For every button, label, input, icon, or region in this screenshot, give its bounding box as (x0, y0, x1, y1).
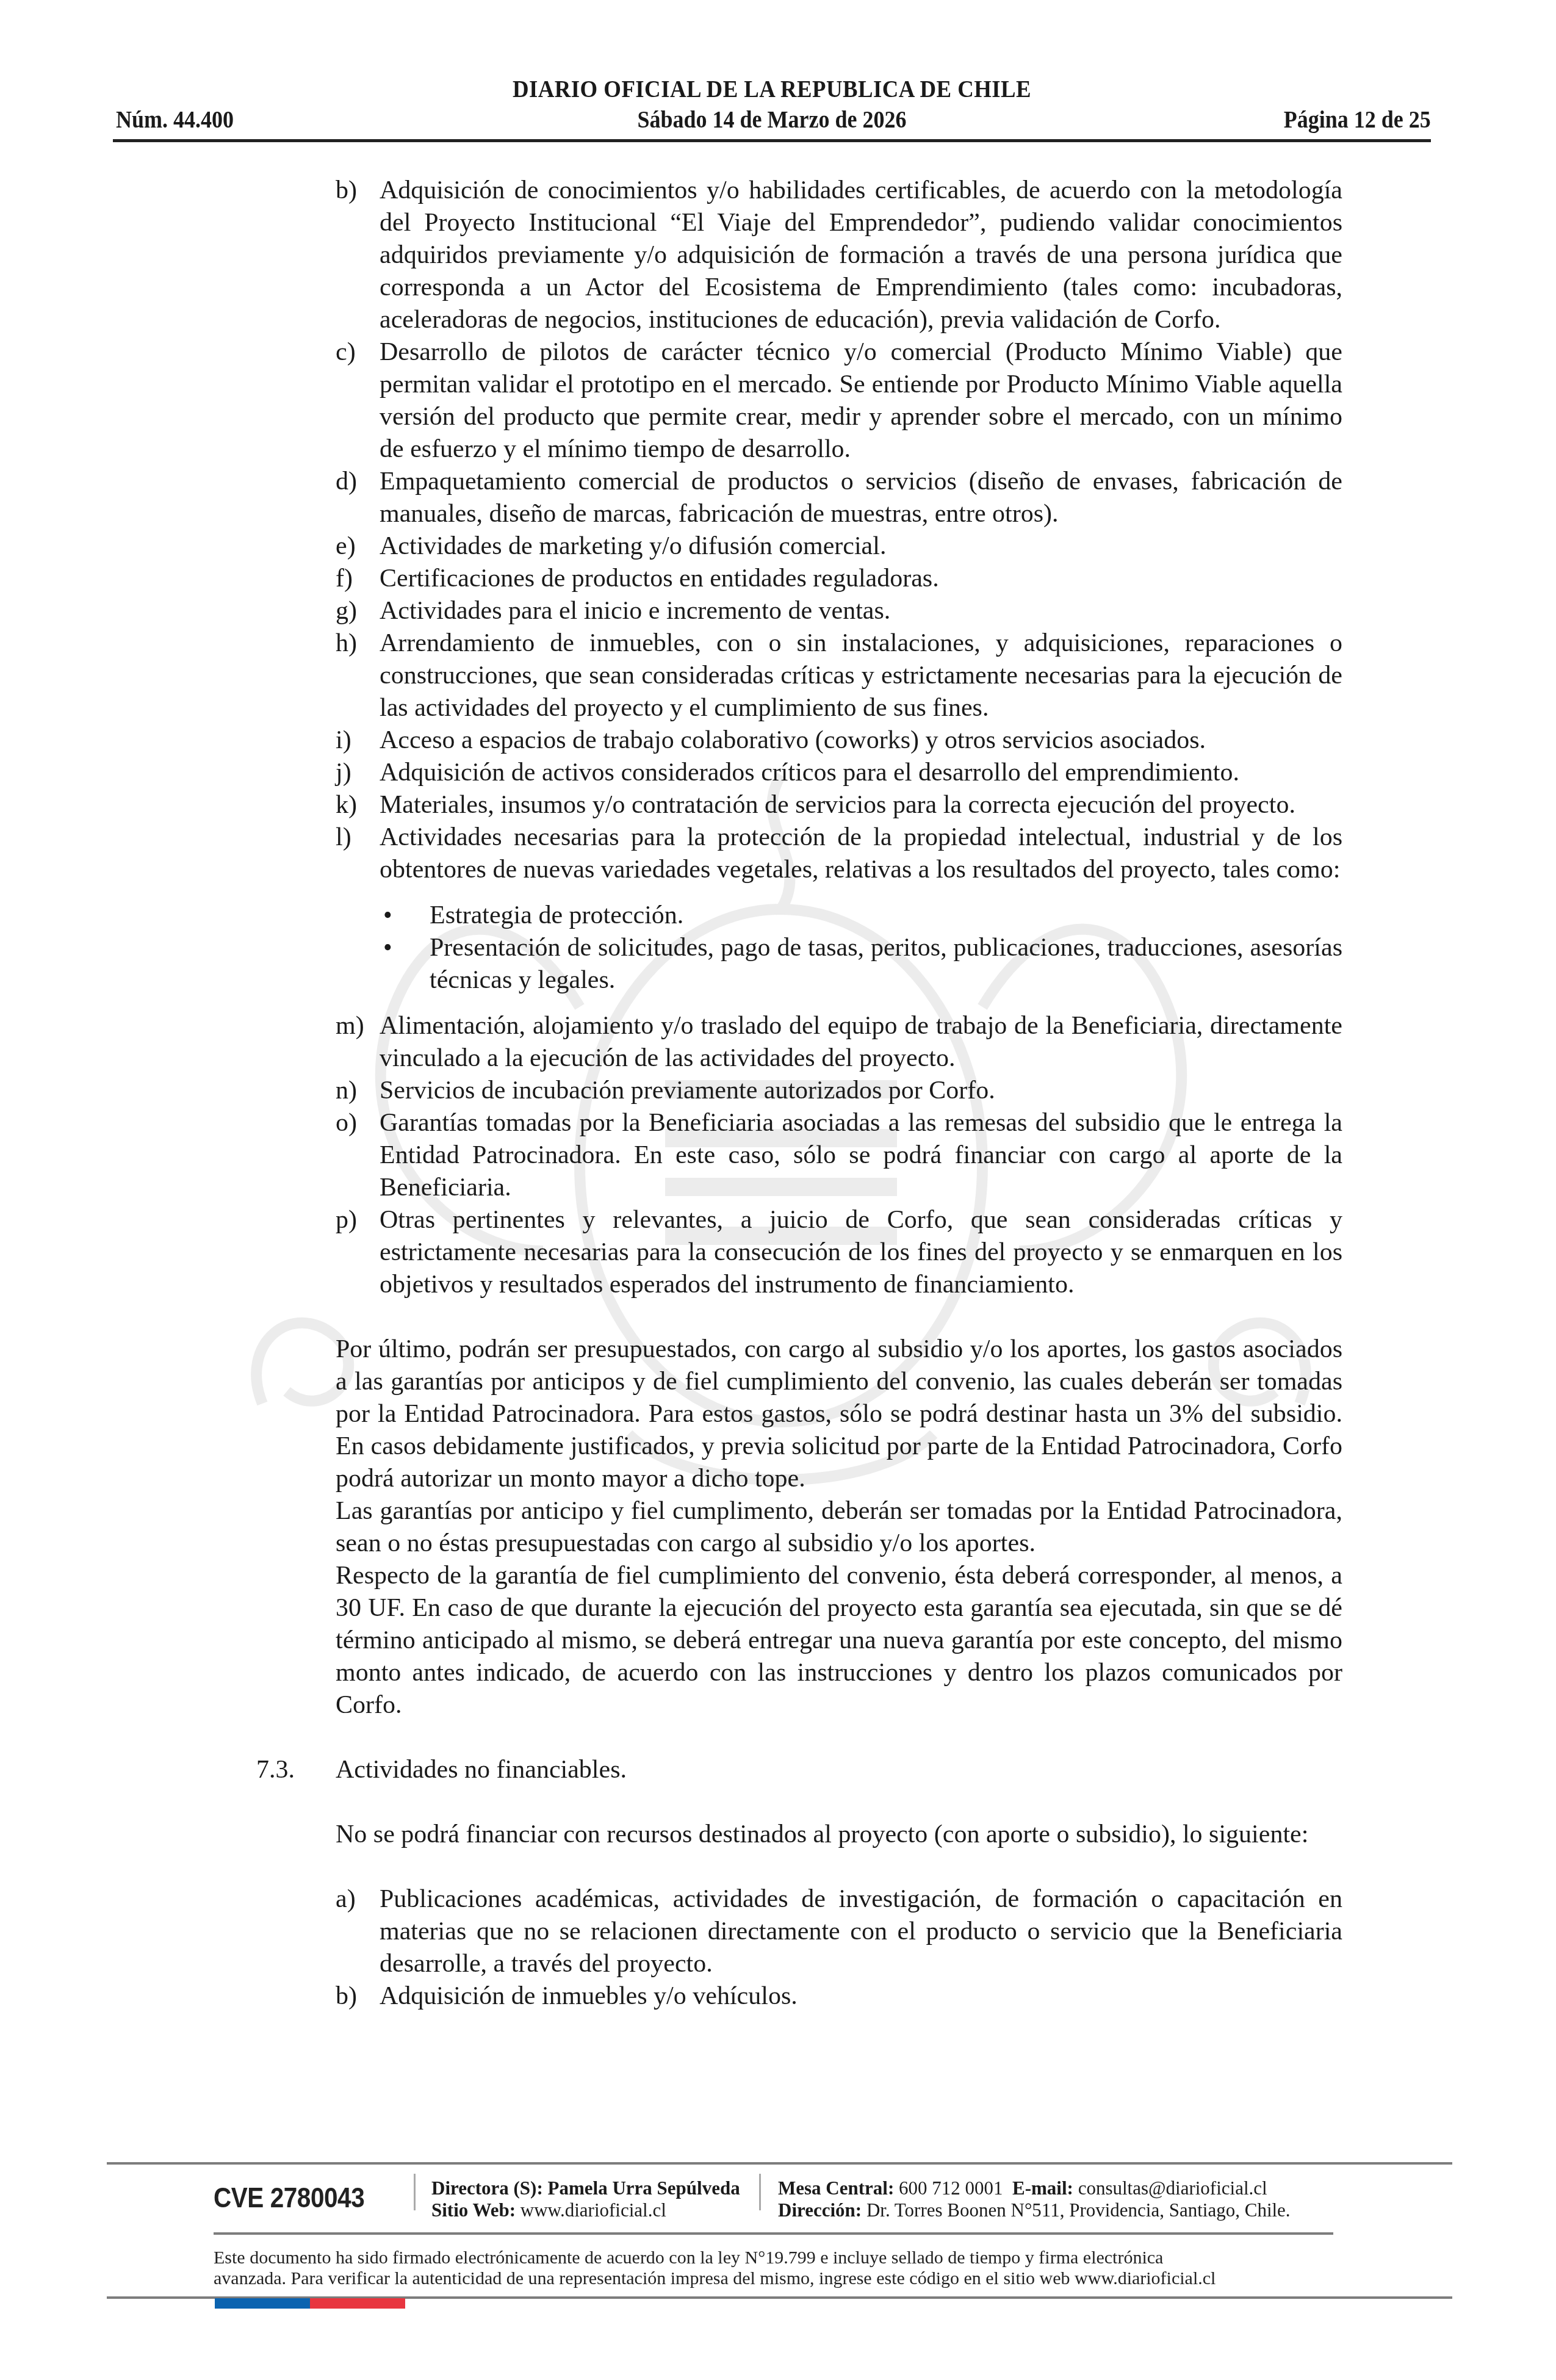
bullet-list: •Estrategia de protección. •Presentación… (380, 900, 1342, 997)
footer-rule-middle (214, 2232, 1333, 2235)
direccion-value: Dr. Torres Boonen N°511, Providencia, Sa… (866, 2199, 1291, 2221)
publication-title: DIARIO OFICIAL DE LA REPUBLICA DE CHILE (165, 74, 1378, 103)
financiable-list: b)Adquisición de conocimientos y/o habil… (336, 175, 1342, 886)
item-label: g) (336, 595, 380, 627)
list-item: h)Arrendamiento de inmuebles, con o sin … (336, 627, 1342, 724)
item-label: b) (336, 1980, 380, 2013)
page-number: Página 12 de 25 (1284, 105, 1431, 134)
issue-date: Sábado 14 de Marzo de 2026 (179, 105, 1365, 134)
list-item: b)Adquisición de conocimientos y/o habil… (336, 175, 1342, 336)
item-text: Adquisición de activos considerados crít… (380, 757, 1342, 789)
item-text: Adquisición de conocimientos y/o habilid… (380, 175, 1342, 336)
item-text: Adquisición de inmuebles y/o vehículos. (380, 1980, 1342, 2013)
footer-rule-top (107, 2162, 1452, 2165)
footer-divider (414, 2174, 416, 2210)
section-intro: No se podrá financiar con recursos desti… (336, 1819, 1342, 1851)
item-label: i) (336, 724, 380, 757)
bullet-text: Presentación de solicitudes, pago de tas… (430, 932, 1342, 997)
section-heading-7-3: 7.3. Actividades no financiables. (256, 1754, 1342, 1786)
item-label: p) (336, 1204, 380, 1301)
item-label: d) (336, 466, 380, 530)
item-text: Certificaciones de productos en entidade… (380, 563, 1342, 595)
item-label: c) (336, 336, 380, 466)
bullet-icon: • (380, 932, 430, 997)
email-link[interactable]: consultas@diarioficial.cl (1078, 2177, 1267, 2199)
item-label: a) (336, 1883, 380, 1980)
item-label: k) (336, 789, 380, 821)
flag-stripe-blue (215, 2298, 310, 2309)
paragraph-guarantee-budget: Por último, podrán ser presupuestados, c… (336, 1333, 1342, 1495)
spacer (336, 1786, 1342, 1819)
item-label: l) (336, 821, 380, 886)
list-item: k)Materiales, insumos y/o contratación d… (336, 789, 1342, 821)
email-label: E-mail: (1012, 2177, 1073, 2199)
item-text: Servicios de incubación previamente auto… (380, 1075, 1342, 1107)
list-item: g)Actividades para el inicio e increment… (336, 595, 1342, 627)
direccion-label: Dirección: (778, 2199, 862, 2221)
list-item: c)Desarrollo de pilotos de carácter técn… (336, 336, 1342, 466)
bullet-icon: • (380, 900, 430, 932)
legal-line-2: avanzada. Para verificar la autenticidad… (214, 2268, 1330, 2289)
list-item: b)Adquisición de inmuebles y/o vehículos… (336, 1980, 1342, 2013)
non-financiable-list: a)Publicaciones académicas, actividades … (336, 1883, 1342, 2013)
list-item: n)Servicios de incubación previamente au… (336, 1075, 1342, 1107)
item-text: Acceso a espacios de trabajo colaborativ… (380, 724, 1342, 757)
item-label: m) (336, 1010, 380, 1075)
page-footer: CVE 2780043 Directora (S): Pamela Urra S… (214, 2173, 1464, 2227)
item-label: b) (336, 175, 380, 336)
footer-col-director: Directora (S): Pamela Urra Sepúlveda Sit… (431, 2177, 740, 2221)
item-label: h) (336, 627, 380, 724)
spacer (336, 1301, 1342, 1333)
website-label: Sitio Web: (431, 2199, 516, 2221)
header-rule (113, 139, 1431, 142)
item-label: o) (336, 1107, 380, 1204)
document-body: b)Adquisición de conocimientos y/o habil… (336, 175, 1342, 2013)
directora-label: Directora (S): (431, 2177, 543, 2199)
item-text: Arrendamiento de inmuebles, con o sin in… (380, 627, 1342, 724)
spacer (336, 1722, 1342, 1754)
item-text: Empaquetamiento comercial de productos o… (380, 466, 1342, 530)
list-item: f)Certificaciones de productos en entida… (336, 563, 1342, 595)
list-item: i)Acceso a espacios de trabajo colaborat… (336, 724, 1342, 757)
page-header: DIARIO OFICIAL DE LA REPUBLICA DE CHILE … (113, 73, 1431, 146)
footer-divider (759, 2174, 761, 2210)
item-text: Garantías tomadas por la Beneficiaria as… (380, 1107, 1342, 1204)
list-item: o)Garantías tomadas por la Beneficiaria … (336, 1107, 1342, 1204)
mesa-phone: 600 712 0001 (899, 2177, 1003, 2199)
legal-line-1: Este documento ha sido firmado electróni… (214, 2248, 1330, 2268)
list-item: m)Alimentación, alojamiento y/o traslado… (336, 1010, 1342, 1075)
cve-code: CVE 2780043 (214, 2181, 364, 2214)
item-text: Actividades de marketing y/o difusión co… (380, 530, 1342, 563)
item-text: Materiales, insumos y/o contratación de … (380, 789, 1342, 821)
footer-col-contact: Mesa Central: 600 712 0001 E-mail: consu… (778, 2177, 1291, 2221)
list-item: d)Empaquetamiento comercial de productos… (336, 466, 1342, 530)
item-label: f) (336, 563, 380, 595)
item-text: Publicaciones académicas, actividades de… (380, 1883, 1342, 1980)
directora-value: Pamela Urra Sepúlveda (548, 2177, 740, 2199)
list-item: e)Actividades de marketing y/o difusión … (336, 530, 1342, 563)
list-item: p)Otras pertinentes y relevantes, a juic… (336, 1204, 1342, 1301)
item-label: e) (336, 530, 380, 563)
spacer (336, 1851, 1342, 1883)
item-label: j) (336, 757, 380, 789)
bullet-item: •Presentación de solicitudes, pago de ta… (380, 932, 1342, 997)
bullet-text: Estrategia de protección. (430, 900, 1342, 932)
item-label: n) (336, 1075, 380, 1107)
flag-stripe-red (310, 2298, 405, 2309)
item-text: Actividades para el inicio e incremento … (380, 595, 1342, 627)
section-number: 7.3. (256, 1754, 336, 1786)
list-item: a)Publicaciones académicas, actividades … (336, 1883, 1342, 1980)
item-text: Otras pertinentes y relevantes, a juicio… (380, 1204, 1342, 1301)
paragraph-guarantee-amount: Respecto de la garantía de fiel cumplimi… (336, 1560, 1342, 1722)
list-item: j)Adquisición de activos considerados cr… (336, 757, 1342, 789)
financiable-list-continued: m)Alimentación, alojamiento y/o traslado… (336, 1010, 1342, 1301)
item-text: Actividades necesarias para la protecció… (380, 821, 1342, 886)
item-text: Alimentación, alojamiento y/o traslado d… (380, 1010, 1342, 1075)
legal-notice: Este documento ha sido firmado electróni… (214, 2248, 1330, 2289)
website-link[interactable]: www.diarioficial.cl (520, 2199, 666, 2221)
item-text: Desarrollo de pilotos de carácter técnic… (380, 336, 1342, 466)
bullet-item: •Estrategia de protección. (380, 900, 1342, 932)
mesa-label: Mesa Central: (778, 2177, 894, 2199)
paragraph-guarantee-entity: Las garantías por anticipo y fiel cumpli… (336, 1495, 1342, 1560)
section-title: Actividades no financiables. (336, 1754, 627, 1786)
list-item: l)Actividades necesarias para la protecc… (336, 821, 1342, 886)
